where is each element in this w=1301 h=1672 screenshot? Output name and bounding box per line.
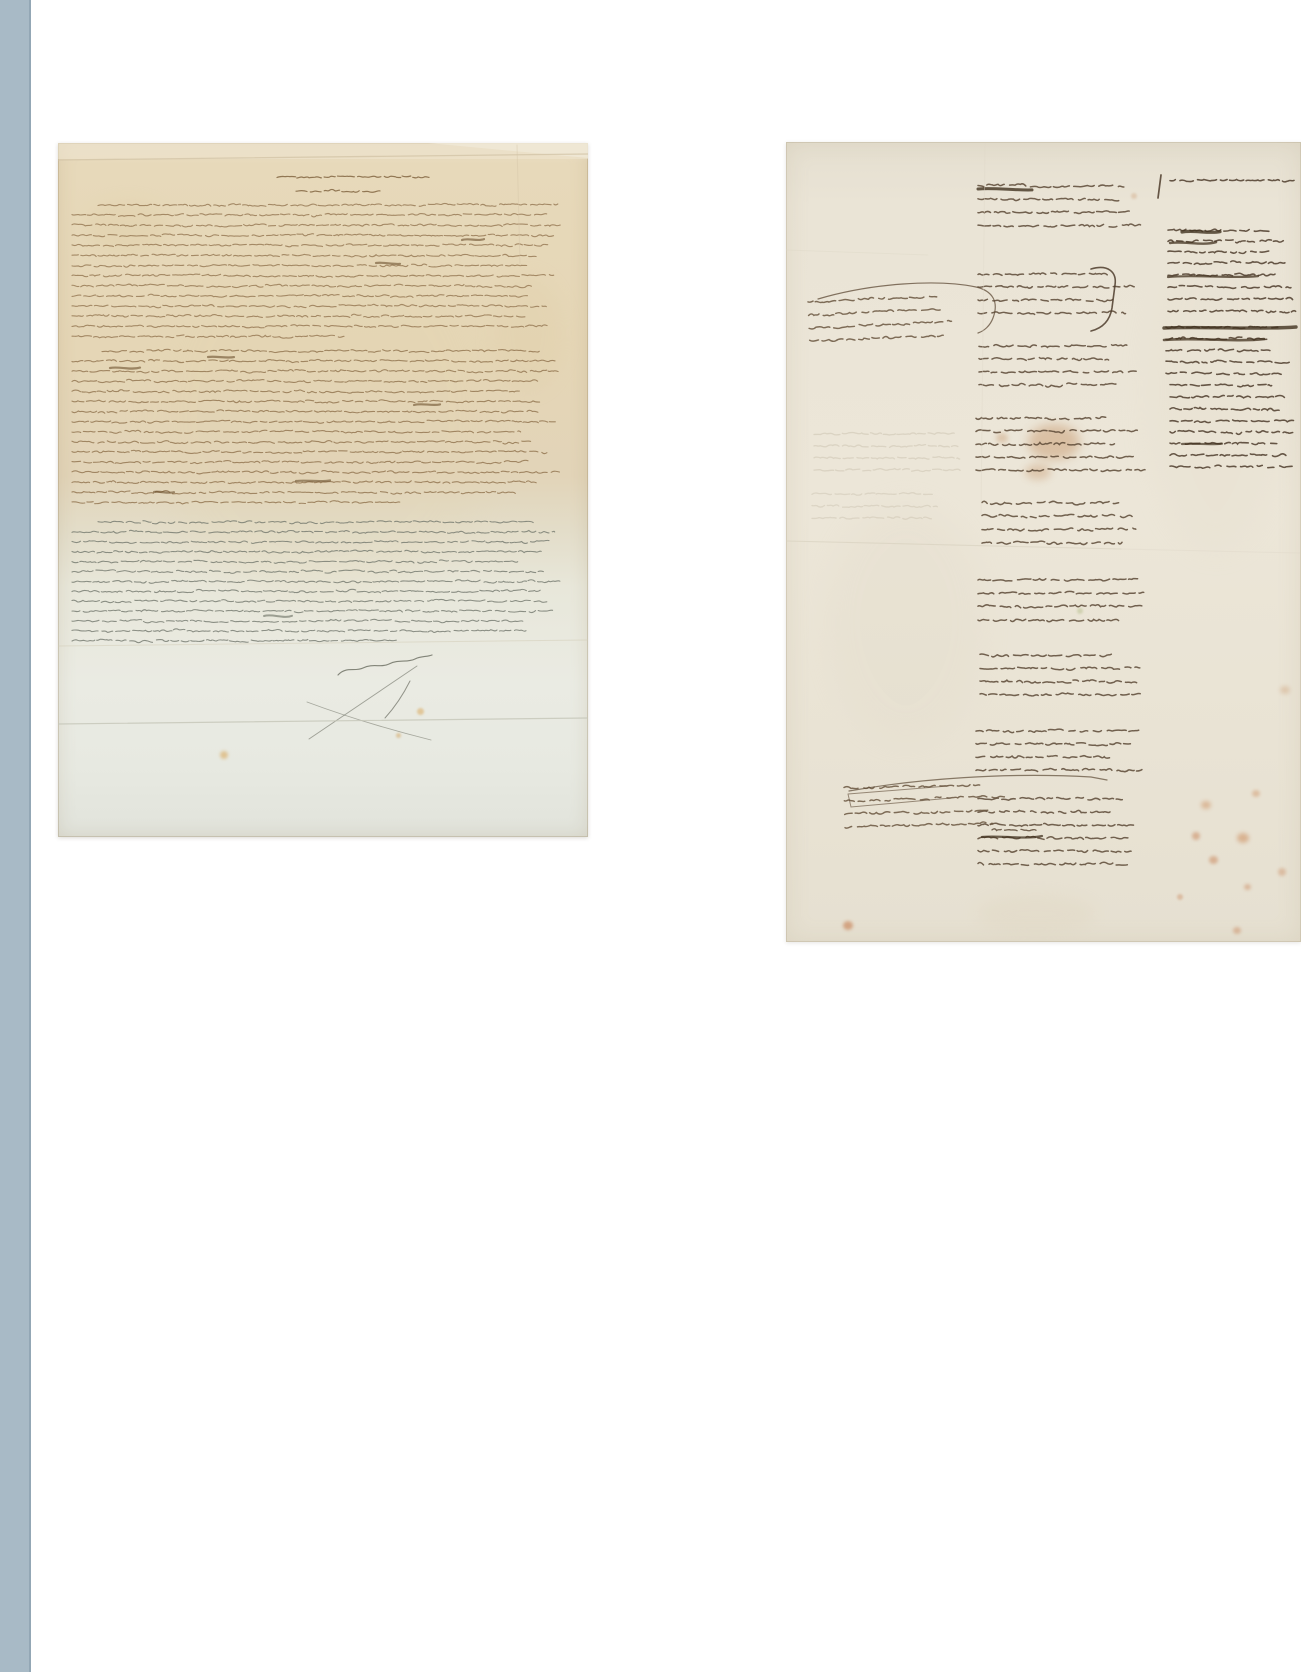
ink-stroke (72, 599, 547, 602)
ink-stroke (72, 560, 518, 563)
ink-stroke (982, 836, 1042, 838)
ink-stroke (72, 530, 555, 533)
ink-stroke (72, 450, 547, 453)
ink-stroke (976, 469, 1145, 472)
ink-stroke (980, 654, 1111, 657)
ink-stroke (978, 823, 1134, 826)
ink-stroke (110, 368, 140, 369)
ink-stroke (812, 505, 937, 507)
ink-stroke (72, 629, 526, 633)
ink-stroke (1166, 360, 1289, 363)
ink-stroke (72, 390, 519, 394)
ink-stroke (978, 862, 1127, 865)
ink-stroke (982, 514, 1132, 517)
ink-stroke (978, 189, 1032, 190)
ink-stroke (978, 605, 1142, 608)
ink-stroke (72, 639, 396, 643)
ink-stroke (982, 528, 1136, 531)
ink-stroke (814, 457, 960, 460)
ink-stroke (814, 469, 960, 472)
ink-stroke (979, 358, 1109, 361)
ink-stroke (72, 264, 527, 267)
ink-stroke (72, 274, 554, 277)
ink-stroke (72, 304, 546, 307)
ink-stroke (72, 619, 523, 623)
handwriting-block (808, 294, 952, 342)
ink-stroke (1168, 251, 1269, 253)
ink-stroke (976, 743, 1130, 746)
ink-stroke (978, 797, 1122, 800)
ink-stroke (72, 400, 540, 403)
poem-handwriting-layer (786, 142, 1301, 942)
ink-stroke (818, 283, 995, 333)
ink-stroke (978, 311, 1126, 314)
manuscript-poem-scan (786, 142, 1301, 942)
ink-stroke (978, 198, 1119, 201)
ink-stroke (976, 729, 1139, 733)
ink-stroke (72, 254, 536, 257)
ink-stroke (976, 456, 1133, 458)
ink-stroke (1168, 276, 1258, 277)
ink-stroke (264, 615, 292, 617)
ink-stroke (72, 213, 547, 216)
ink-stroke (296, 480, 330, 481)
ink-stroke (812, 493, 932, 496)
ink-stroke (72, 570, 543, 574)
ink-stroke (1170, 384, 1272, 387)
ink-stroke (814, 445, 958, 448)
ink-stroke (72, 314, 525, 317)
ink-stroke (296, 189, 380, 192)
ink-stroke (982, 501, 1119, 505)
ink-stroke (376, 263, 400, 264)
ink-stroke (72, 460, 528, 463)
ink-stroke (385, 681, 410, 718)
ink-stroke (102, 349, 539, 352)
ink-stroke (812, 517, 931, 519)
ink-stroke (980, 680, 1137, 683)
ink-stroke (72, 410, 538, 413)
ink-stroke (338, 655, 432, 675)
ink-stroke (277, 176, 429, 178)
ink-stroke (72, 224, 560, 227)
ink-stroke (849, 775, 1107, 791)
ink-stroke (814, 432, 954, 435)
ink-stroke (976, 443, 1114, 446)
ink-stroke (98, 521, 533, 524)
ink-stroke (1170, 431, 1293, 435)
ink-stroke (978, 285, 1134, 288)
ink-stroke (1168, 310, 1296, 313)
ink-stroke (98, 203, 558, 206)
ink-stroke (58, 154, 588, 160)
ink-stroke (978, 591, 1144, 594)
ink-stroke (978, 273, 1107, 275)
ink-stroke (809, 308, 941, 317)
ink-stroke (978, 224, 1141, 227)
ink-stroke (845, 809, 988, 816)
ink-stroke (980, 693, 1140, 696)
ink-stroke (978, 579, 1138, 582)
ink-stroke (1091, 267, 1115, 331)
ink-stroke (979, 345, 1127, 348)
ink-stroke (72, 501, 400, 504)
ink-stroke (1170, 180, 1294, 182)
ink-stroke (154, 492, 174, 493)
ink-stroke (72, 430, 521, 433)
ink-stroke (72, 284, 531, 288)
letter-handwriting-layer (58, 143, 588, 837)
manuscript-letter-scan (58, 143, 588, 837)
ink-stroke (309, 666, 417, 739)
ink-stroke (72, 359, 555, 362)
ink-stroke (462, 239, 484, 240)
ink-stroke (72, 420, 555, 423)
ink-stroke (978, 810, 1110, 813)
ink-stroke (1182, 231, 1220, 232)
ink-stroke (72, 234, 554, 237)
ink-stroke (976, 756, 1110, 759)
ink-stroke (72, 550, 541, 553)
ink-stroke (72, 294, 527, 297)
ink-stroke (72, 589, 540, 592)
ink-stroke (414, 404, 440, 405)
ink-stroke (992, 829, 1036, 831)
ink-stroke (72, 325, 547, 328)
ink-stroke (72, 470, 559, 473)
ink-stroke (72, 370, 558, 374)
ink-stroke (976, 768, 1142, 771)
ink-stroke (1168, 285, 1291, 288)
ink-stroke (978, 211, 1129, 214)
ink-stroke (1164, 327, 1296, 328)
ink-stroke (809, 320, 952, 329)
ink-stroke (72, 441, 531, 444)
ink-stroke (976, 430, 1137, 433)
ink-stroke (72, 379, 538, 382)
ink-stroke (1168, 261, 1285, 265)
ink-stroke (72, 491, 515, 495)
left-accent-bar (0, 0, 31, 1672)
ink-stroke (72, 244, 548, 247)
ink-stroke (1170, 420, 1294, 423)
ink-stroke (978, 299, 1113, 302)
ink-stroke (979, 371, 1136, 373)
ink-stroke (979, 383, 1116, 387)
ink-stroke (976, 417, 1106, 420)
ink-stroke (1121, 549, 1300, 553)
ink-stroke (982, 541, 1122, 544)
ink-stroke (1158, 175, 1161, 198)
ink-stroke (1168, 298, 1293, 301)
ink-stroke (978, 619, 1119, 622)
ink-stroke (978, 184, 1124, 188)
ink-stroke (208, 357, 234, 358)
ink-stroke (72, 540, 549, 543)
ink-stroke (1170, 454, 1286, 457)
ink-stroke (1166, 372, 1281, 375)
ink-stroke (786, 250, 928, 255)
ink-stroke (845, 822, 993, 829)
ink-stroke (1170, 465, 1292, 468)
ink-stroke (1170, 407, 1279, 410)
ink-stroke (58, 718, 588, 724)
ink-stroke (810, 334, 944, 342)
ink-stroke (72, 335, 344, 338)
ink-stroke (1170, 395, 1284, 398)
scanned-catalog-page (0, 0, 1301, 1672)
ink-stroke (72, 610, 553, 613)
ink-stroke (1170, 242, 1216, 243)
ink-stroke (980, 667, 1140, 670)
ink-stroke (978, 850, 1131, 853)
ink-stroke (1166, 349, 1270, 352)
ink-stroke (1164, 339, 1264, 340)
ink-stroke (1182, 444, 1222, 445)
ink-stroke (72, 580, 560, 584)
